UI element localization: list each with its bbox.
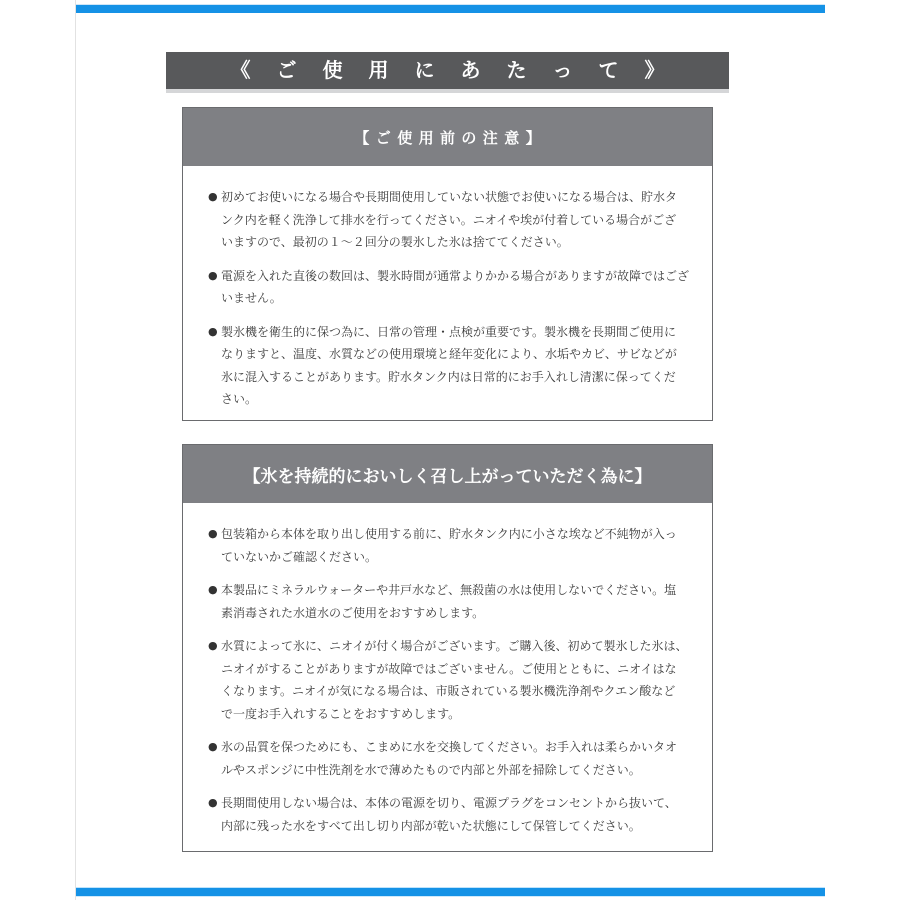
text-line: いますので、最初の１～２回分の製氷した氷は捨ててください。 xyxy=(221,231,702,254)
notice-item: ● 電源を入れた直後の数回は、製氷時間が通常よりかかる場合がありますが故障ではご… xyxy=(208,265,702,310)
notice-item-text: 製氷機を衛生的に保つ為に、日常の管理・点検が重要です。製氷機を長期間ご使用に な… xyxy=(221,321,702,411)
text-line: 初めてお使いになる場合や長期間使用していない状態でお使いになる場合は、貯水タ xyxy=(221,186,702,209)
notice-item: ● 氷の品質を保つためにも、こまめに水を交換してください。お手入れは柔らかいタオ… xyxy=(208,736,702,781)
notice-item-text: 本製品にミネラルウォーターや井戸水など、無殺菌の水は使用しないでください。塩 素… xyxy=(221,579,702,624)
text-line: 包装箱から本体を取り出し使用する前に、貯水タンク内に小さな埃など不純物が入っ xyxy=(221,523,702,546)
page-title: 《ご使用にあたって》 xyxy=(205,52,691,89)
title-banner-underline xyxy=(166,89,729,93)
text-line: 長期間使用しない場合は、本体の電源を切り、電源プラグをコンセントから抜いて、 xyxy=(221,792,702,815)
text-line: 内部に残った水をすべて出し切り内部が乾いた状態にして保管してください。 xyxy=(221,815,702,838)
notice-item-text: 包装箱から本体を取り出し使用する前に、貯水タンク内に小さな埃など不純物が入っ て… xyxy=(221,523,702,568)
notice-item-text: 氷の品質を保つためにも、こまめに水を交換してください。お手入れは柔らかいタオ ル… xyxy=(221,736,702,781)
notice-item: ● 長期間使用しない場合は、本体の電源を切り、電源プラグをコンセントから抜いて、… xyxy=(208,792,702,837)
text-line: さい。 xyxy=(221,388,702,411)
notice-item: ● 本製品にミネラルウォーターや井戸水など、無殺菌の水は使用しないでください。塩… xyxy=(208,579,702,624)
text-line: ていないかご確認ください。 xyxy=(221,546,702,569)
text-line: で一度お手入れすることをおすすめします。 xyxy=(221,703,702,726)
text-line: 製氷機を衛生的に保つ為に、日常の管理・点検が重要です。製氷機を長期間ご使用に xyxy=(221,321,702,344)
left-page-edge-line xyxy=(75,0,76,900)
text-line: 氷の品質を保つためにも、こまめに水を交換してください。お手入れは柔らかいタオ xyxy=(221,736,702,759)
notice-item-text: 長期間使用しない場合は、本体の電源を切り、電源プラグをコンセントから抜いて、 内… xyxy=(221,792,702,837)
text-line: なりますと、温度、水質などの使用環境と経年変化により、水垢やカビ、サビなどが xyxy=(221,343,702,366)
notice-box-keep-ice-tasty: 【氷を持続的においしく召し上がっていただく為に】 ● 包装箱から本体を取り出し使… xyxy=(182,444,713,852)
notice-item-text: 電源を入れた直後の数回は、製氷時間が通常よりかかる場合がありますが故障ではござ … xyxy=(221,265,702,310)
text-line: くなります。ニオイが気になる場合は、市販されている製氷機洗浄剤やクエン酸など xyxy=(221,680,702,703)
text-line: ンク内を軽く洗浄して排水を行ってください。ニオイや埃が付着している場合がござ xyxy=(221,209,702,232)
notice-item: ● 製氷機を衛生的に保つ為に、日常の管理・点検が重要です。製氷機を長期間ご使用に… xyxy=(208,321,702,411)
bullet-icon: ● xyxy=(208,635,221,658)
notice-box-precautions-before-use: 【ご使用前の注意】 ● 初めてお使いになる場合や長期間使用していない状態でお使い… xyxy=(182,107,713,421)
top-accent-bar xyxy=(76,5,825,13)
text-line: 素消毒された水道水のご使用をおすすめします。 xyxy=(221,602,702,625)
text-line: いません。 xyxy=(221,287,702,310)
bullet-icon: ● xyxy=(208,265,221,288)
title-banner: 《ご使用にあたって》 xyxy=(166,52,729,89)
text-line: 電源を入れた直後の数回は、製氷時間が通常よりかかる場合がありますが故障ではござ xyxy=(221,265,702,288)
text-line: 本製品にミネラルウォーターや井戸水など、無殺菌の水は使用しないでください。塩 xyxy=(221,579,702,602)
notice-item: ● 包装箱から本体を取り出し使用する前に、貯水タンク内に小さな埃など不純物が入っ… xyxy=(208,523,702,568)
notice-heading: 【ご使用前の注意】 xyxy=(348,127,547,148)
notice-item-text: 水質によって氷に、ニオイが付く場合がございます。ご購入後、初めて製氷した氷は、 … xyxy=(221,635,702,725)
text-line: 水質によって氷に、ニオイが付く場合がございます。ご購入後、初めて製氷した氷は、 xyxy=(221,635,702,658)
bullet-icon: ● xyxy=(208,792,221,815)
bullet-icon: ● xyxy=(208,523,221,546)
bullet-icon: ● xyxy=(208,579,221,602)
notice-heading: 【氷を持続的においしく召し上がっていただく為に】 xyxy=(244,462,652,487)
notice-body: ● 包装箱から本体を取り出し使用する前に、貯水タンク内に小さな埃など不純物が入っ… xyxy=(183,503,712,837)
notice-item: ● 初めてお使いになる場合や長期間使用していない状態でお使いになる場合は、貯水タ… xyxy=(208,186,702,254)
bullet-icon: ● xyxy=(208,321,221,344)
text-line: ニオイがすることがありますが故障ではございません。ご使用とともに、ニオイはな xyxy=(221,658,702,681)
text-line: ルやスポンジに中性洗剤を水で薄めたもので内部と外部を掃除してください。 xyxy=(221,759,702,782)
notice-header: 【氷を持続的においしく召し上がっていただく為に】 xyxy=(183,445,712,503)
notice-body: ● 初めてお使いになる場合や長期間使用していない状態でお使いになる場合は、貯水タ… xyxy=(183,166,712,411)
bullet-icon: ● xyxy=(208,736,221,759)
notice-header: 【ご使用前の注意】 xyxy=(183,108,712,166)
bottom-accent-bar xyxy=(76,888,825,896)
notice-item-text: 初めてお使いになる場合や長期間使用していない状態でお使いになる場合は、貯水タ ン… xyxy=(221,186,702,254)
text-line: 氷に混入することがあります。貯水タンク内は日常的にお手入れし清潔に保ってくだ xyxy=(221,366,702,389)
notice-item: ● 水質によって氷に、ニオイが付く場合がございます。ご購入後、初めて製氷した氷は… xyxy=(208,635,702,725)
bullet-icon: ● xyxy=(208,186,221,209)
